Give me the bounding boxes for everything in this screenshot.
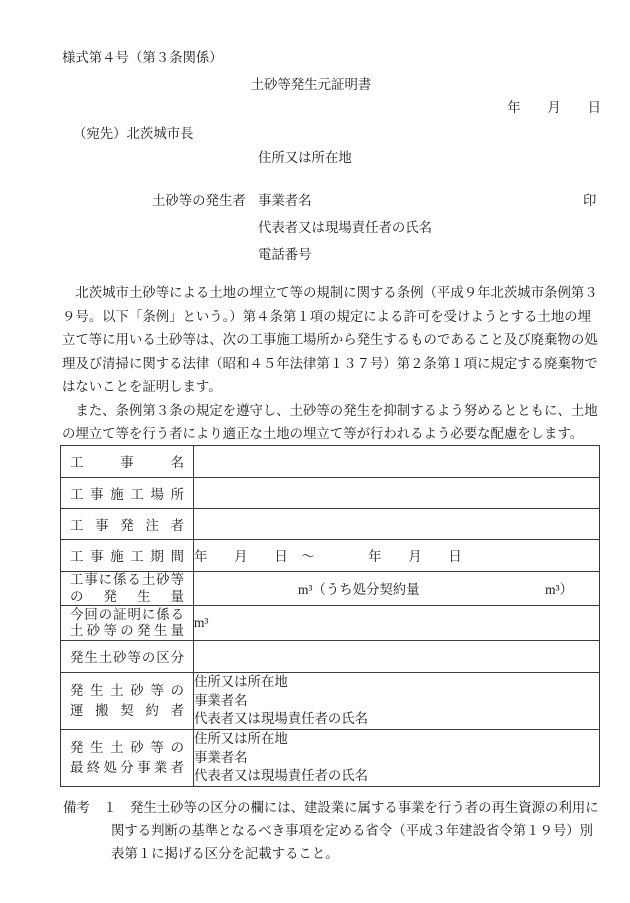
row-label: 工事名 [61, 446, 194, 478]
remarks-note: 備考 １ 発生土砂等の区分の欄には、建設業に属する事業を行う者の再生資源の利用に… [63, 796, 630, 865]
period-placeholder: 年 月 日 ～ 年 月 日 [194, 540, 600, 572]
blank-cell [194, 446, 600, 478]
table-row-soil-volume: 工事に係る土砂等 の発生量 m³（うち処分契約量 m³） [61, 572, 600, 606]
signer-role-label: 土砂等の発生者 [152, 190, 246, 209]
row-label: 発生土砂等の区分 [61, 641, 194, 673]
table-row-final-disposal-operator: 発生土砂等の 最終処分事業者 住所又は所在地 事業者名 代表者又は現場責任者の氏… [61, 730, 600, 787]
blank-cell [194, 509, 600, 540]
operator-detail-labels: 住所又は所在地 事業者名 代表者又は現場責任者の氏名 [194, 730, 600, 787]
certify-paragraph: 北茨城市土砂等による土地の埋立て等の規制に関する条例（平成９年北茨城市条例第３ … [62, 281, 618, 399]
signer-business-label: 事業者名 [258, 190, 312, 209]
row-label: 工事施工場所 [61, 478, 194, 509]
date-placeholder: 年 月 日 [507, 97, 601, 116]
blank-cell [194, 641, 600, 673]
addressee-line: （宛先）北茨城市長 [73, 123, 194, 142]
volume-unit: m³ [194, 606, 600, 641]
blank-cell [194, 478, 600, 509]
table-row-construction-orderer: 工事発注者 [61, 509, 600, 540]
compliance-paragraph: また、条例第３条の規定を遵守し、土砂等の発生を抑制するよう努めるとともに、土地 … [62, 399, 618, 446]
table-row-soil-classification: 発生土砂等の区分 [61, 641, 600, 673]
signer-address-label: 住所又は所在地 [258, 147, 352, 166]
table-row-certified-volume: 今回の証明に係る 土砂等の発生量 m³ [61, 606, 600, 641]
document-title: 土砂等発生元証明書 [0, 74, 622, 93]
table-row-construction-name: 工事名 [61, 446, 600, 478]
contractor-detail-labels: 住所又は所在地 事業者名 代表者又は現場責任者の氏名 [194, 673, 600, 730]
volume-cell: m³（うち処分契約量 m³） [194, 572, 600, 606]
row-label: 今回の証明に係る 土砂等の発生量 [61, 606, 194, 641]
table-row-transport-contractor: 発生土砂等の 運搬契約者 住所又は所在地 事業者名 代表者又は現場責任者の氏名 [61, 673, 600, 730]
table-row-construction-period: 工事施工期間 年 月 日 ～ 年 月 日 [61, 540, 600, 572]
volume-unit-right: m³） [545, 579, 573, 598]
table-row-construction-site: 工事施工場所 [61, 478, 600, 509]
signer-phone-label: 電話番号 [258, 244, 312, 263]
signer-representative-label: 代表者又は現場責任者の氏名 [258, 217, 432, 236]
form-number: 様式第４号（第３条関係） [62, 47, 223, 66]
certificate-document: 様式第４号（第３条関係） 土砂等発生元証明書 年 月 日 （宛先）北茨城市長 住… [0, 0, 630, 903]
row-label: 工事発注者 [61, 509, 194, 540]
row-label: 工事に係る土砂等 の発生量 [61, 572, 194, 606]
row-label: 工事施工期間 [61, 540, 194, 572]
row-label: 発生土砂等の 運搬契約者 [61, 673, 194, 730]
certificate-table: 工事名 工事施工場所 工事発注者 工事施工期間 年 月 日 ～ 年 月 日 工事… [60, 445, 600, 787]
seal-mark: 印 [583, 190, 596, 209]
row-label: 発生土砂等の 最終処分事業者 [61, 730, 194, 787]
volume-unit-left: m³（うち処分契約量 [298, 579, 420, 598]
body-text: 北茨城市土砂等による土地の埋立て等の規制に関する条例（平成９年北茨城市条例第３ … [62, 281, 618, 446]
